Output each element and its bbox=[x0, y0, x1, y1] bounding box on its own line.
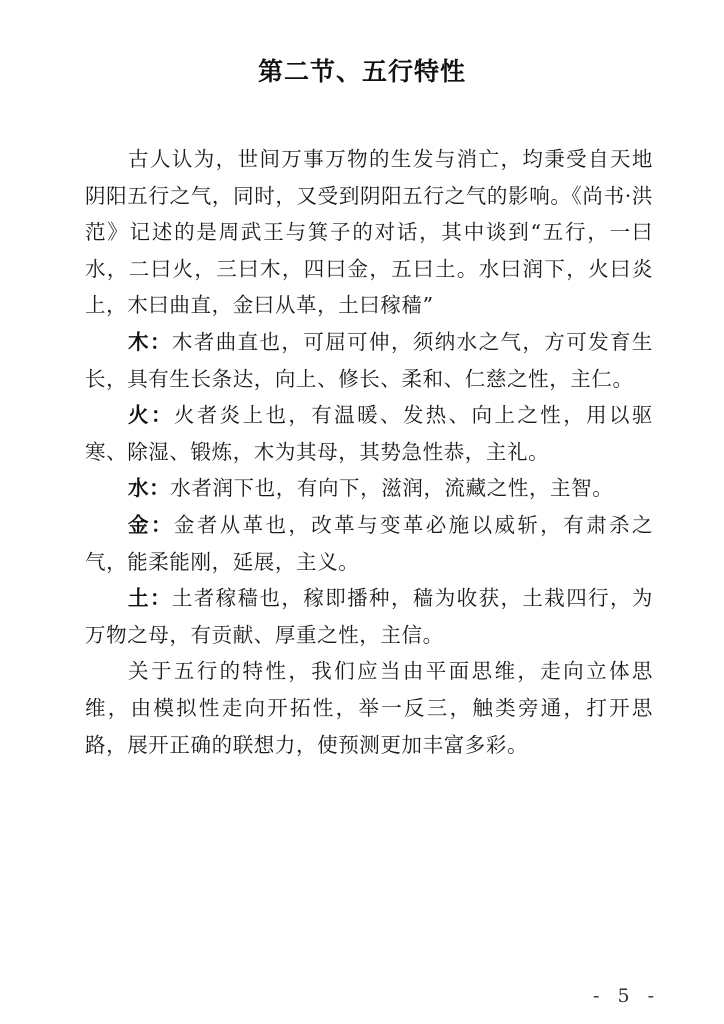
paragraph-text: 古人认为，世间万事万物的生发与消亡，均秉受自天地阴阳五行之气，同时，又受到阴阳五… bbox=[85, 147, 653, 317]
paragraph-wood: 木：木者曲直也，可屈可伸，须纳水之气，方可发育生长，具有生长条达，向上、修长、柔… bbox=[85, 324, 653, 397]
document-page: 第二节、五行特性 古人认为，世间万事万物的生发与消亡，均秉受自天地阴阳五行之气，… bbox=[0, 0, 724, 1024]
paragraph-water: 水：水者润下也，有向下，滋润，流藏之性，主智。 bbox=[85, 470, 653, 507]
paragraph-lead-fire: 火： bbox=[128, 403, 174, 427]
paragraph-lead-water: 水： bbox=[128, 476, 170, 500]
paragraph-lead-earth: 土： bbox=[128, 586, 172, 610]
paragraph-earth: 土：土者稼穑也，稼即播种，穑为收获，土栽四行，为万物之母，有贡献、厚重之性，主信… bbox=[85, 580, 653, 653]
paragraph-conclusion: 关于五行的特性，我们应当由平面思维，走向立体思维，由模拟性走向开拓性，举一反三，… bbox=[85, 653, 653, 763]
paragraph-lead-wood: 木： bbox=[128, 330, 172, 354]
paragraph-text: 水者润下也，有向下，滋润，流藏之性，主智。 bbox=[170, 476, 613, 500]
body-text: 古人认为，世间万事万物的生发与消亡，均秉受自天地阴阳五行之气，同时，又受到阴阳五… bbox=[85, 141, 653, 763]
page-number: - 5 - bbox=[593, 985, 660, 1007]
paragraph-fire: 火：火者炎上也，有温暖、发热、向上之性，用以驱寒、除湿、锻炼，木为其母，其势急性… bbox=[85, 397, 653, 470]
paragraph-metal: 金：金者从革也，改革与变革必施以威斩，有肃杀之气，能柔能刚，延展，主义。 bbox=[85, 507, 653, 580]
paragraph-text: 关于五行的特性，我们应当由平面思维，走向立体思维，由模拟性走向开拓性，举一反三，… bbox=[85, 659, 653, 756]
paragraph-lead-metal: 金： bbox=[128, 513, 174, 537]
section-title: 第二节、五行特性 bbox=[0, 52, 724, 88]
paragraph-intro: 古人认为，世间万事万物的生发与消亡，均秉受自天地阴阳五行之气，同时，又受到阴阳五… bbox=[85, 141, 653, 324]
